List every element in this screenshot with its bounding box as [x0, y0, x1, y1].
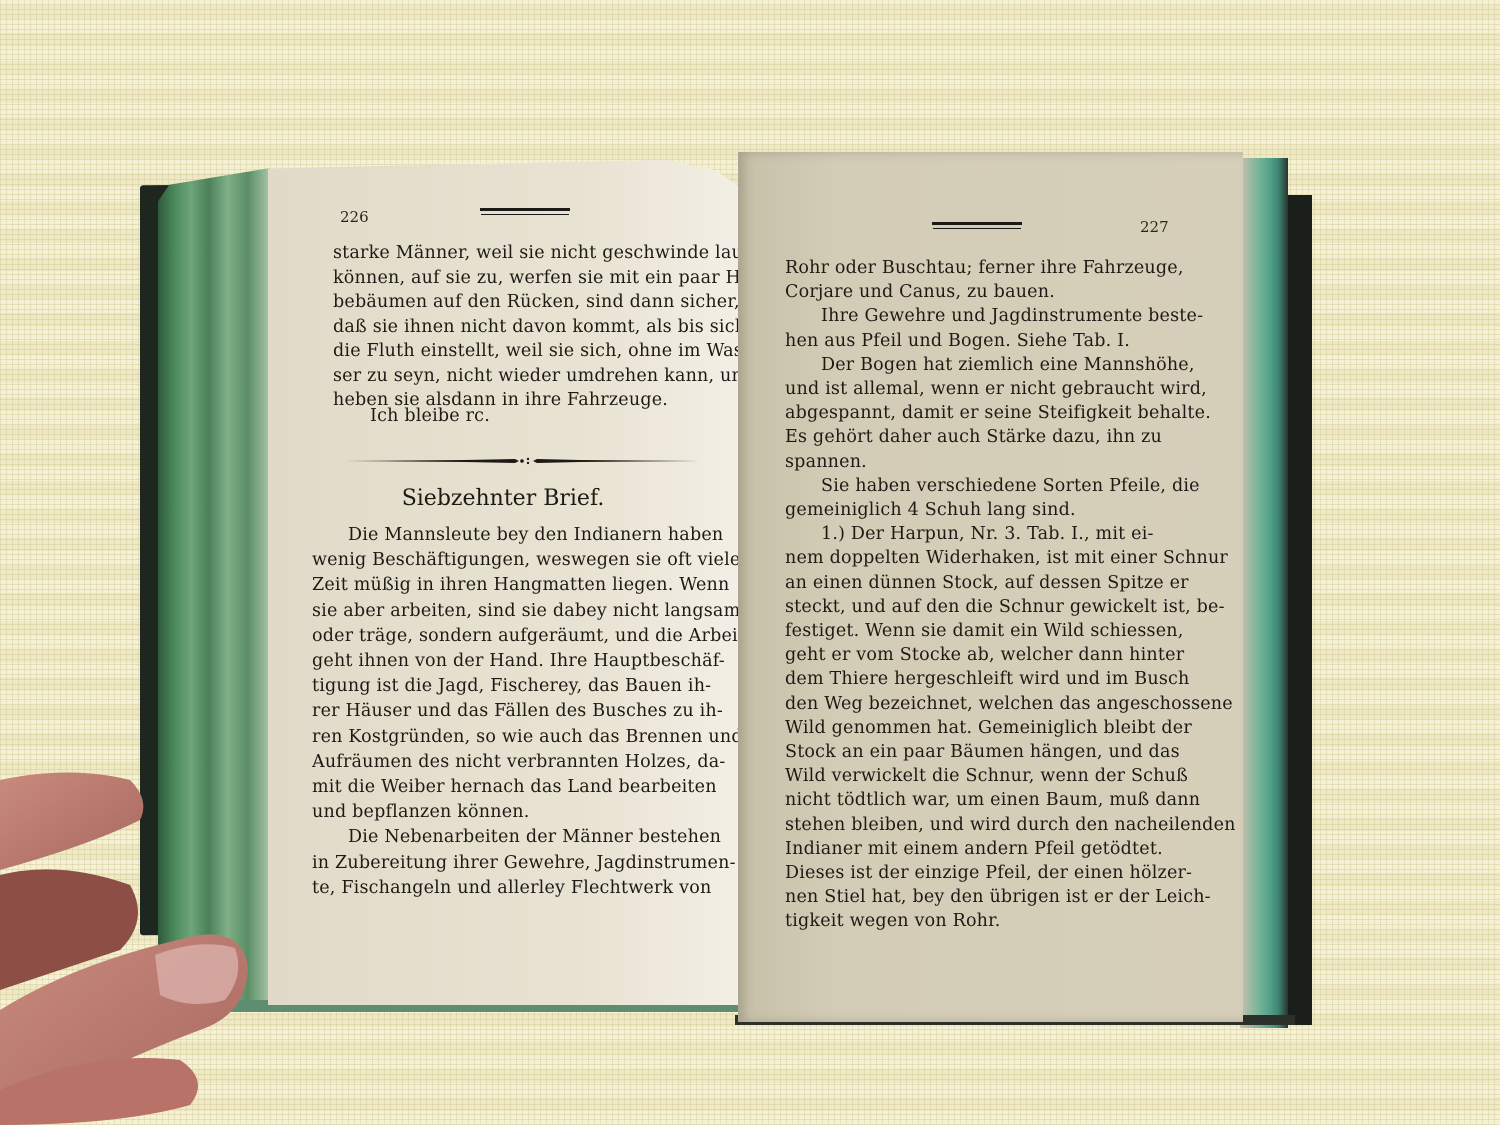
text-line: Dieses ist der einzige Pfeil, der einen … [785, 863, 1192, 883]
text-line: rer Häuser und das Fällen des Busches zu… [312, 701, 723, 721]
text-line: Aufräumen des nicht verbrannten Holzes, … [312, 752, 725, 772]
text-line: spannen. [785, 452, 867, 472]
text-line: Wild genommen hat. Gemeiniglich bleibt d… [785, 718, 1192, 738]
text-line: Rohr oder Buschtau; ferner ihre Fahrzeug… [785, 258, 1184, 278]
text-line: an einen dünnen Stock, auf dessen Spitze… [785, 573, 1189, 593]
text-line: und ist allemal, wenn er nicht gebraucht… [785, 379, 1207, 399]
text-line: den Weg bezeichnet, welchen das angescho… [785, 694, 1233, 714]
text-line: geht ihnen von der Hand. Ihre Hauptbesch… [312, 651, 725, 671]
text-line: starke Männer, weil sie nicht geschwinde… [333, 243, 772, 263]
closing-line: Ich bleibe rc. [370, 406, 490, 426]
text-line: mit die Weiber hernach das Land bearbeit… [312, 777, 717, 797]
text-line: hen aus Pfeil und Bogen. Siehe Tab. I. [785, 331, 1130, 351]
text-line: stehen bleiben, und wird durch den nache… [785, 815, 1236, 835]
text-line: Es gehört daher auch Stärke dazu, ihn zu [785, 427, 1162, 447]
text-line: Der Bogen hat ziemlich eine Mannshöhe, [821, 355, 1195, 375]
text-line: in Zubereitung ihrer Gewehre, Jagdinstru… [312, 853, 736, 873]
text-line: bebäumen auf den Rücken, sind dann siche… [333, 292, 740, 312]
text-line: gemeiniglich 4 Schuh lang sind. [785, 500, 1076, 520]
right-page-number: 227 [1140, 218, 1169, 236]
text-line: Indianer mit einem andern Pfeil getödtet… [785, 839, 1163, 859]
text-line: die Fluth einstellt, weil sie sich, ohne… [333, 341, 749, 361]
text-line: tigkeit wegen von Rohr. [785, 911, 1001, 931]
text-line: sie aber arbeiten, sind sie dabey nicht … [312, 601, 740, 621]
text-line: Zeit müßig in ihren Hangmatten liegen. W… [312, 575, 730, 595]
text-line: 1.) Der Harpun, Nr. 3. Tab. I., mit ei- [821, 524, 1154, 544]
text-line: ser zu seyn, nicht wieder umdrehen kann,… [333, 366, 754, 386]
left-header-rule [480, 208, 570, 211]
text-line: Die Mannsleute bey den Indianern haben [348, 525, 723, 545]
hand-holding-book [0, 760, 260, 1125]
text-line: tigung ist die Jagd, Fischerey, das Baue… [312, 676, 711, 696]
text-line: te, Fischangeln und allerley Flechtwerk … [312, 878, 711, 898]
text-line: nen Stiel hat, bey den übrigen ist er de… [785, 887, 1211, 907]
text-line: daß sie ihnen nicht davon kommt, als bis… [333, 317, 746, 337]
right-header-rule [932, 222, 1022, 225]
text-line: steckt, und auf den die Schnur gewickelt… [785, 597, 1225, 617]
text-line: festiget. Wenn sie damit ein Wild schies… [785, 621, 1183, 641]
text-line: abgespannt, damit er seine Steifigkeit b… [785, 403, 1211, 423]
text-line: Ihre Gewehre und Jagdinstrumente beste- [821, 306, 1203, 326]
text-line: Corjare und Canus, zu bauen. [785, 282, 1055, 302]
text-line: Die Nebenarbeiten der Männer bestehen [348, 827, 721, 847]
text-line: geht er vom Stocke ab, welcher dann hint… [785, 645, 1184, 665]
text-line: ren Kostgründen, so wie auch das Brennen… [312, 727, 743, 747]
text-line: oder träge, sondern aufgeräumt, und die … [312, 626, 745, 646]
text-line: wenig Beschäftigungen, weswegen sie oft … [312, 550, 740, 570]
text-line: nicht tödtlich war, um einen Baum, muß d… [785, 790, 1200, 810]
text-line: Wild verwickelt die Schnur, wenn der Sch… [785, 766, 1188, 786]
text-line: und bepflanzen können. [312, 802, 530, 822]
text-line: können, auf sie zu, werfen sie mit ein p… [333, 268, 758, 288]
left-page-number: 226 [340, 208, 369, 226]
page-edges-right [1240, 158, 1288, 1028]
text-line: Stock an ein paar Bäumen hängen, und das [785, 742, 1180, 762]
text-line: nem doppelten Widerhaken, ist mit einer … [785, 548, 1228, 568]
text-line: Sie haben verschiedene Sorten Pfeile, di… [821, 476, 1200, 496]
text-line: dem Thiere hergeschleift wird und im Bus… [785, 669, 1189, 689]
ornament-divider-icon [345, 456, 700, 466]
chapter-title: Siebzehnter Brief. [268, 486, 738, 511]
